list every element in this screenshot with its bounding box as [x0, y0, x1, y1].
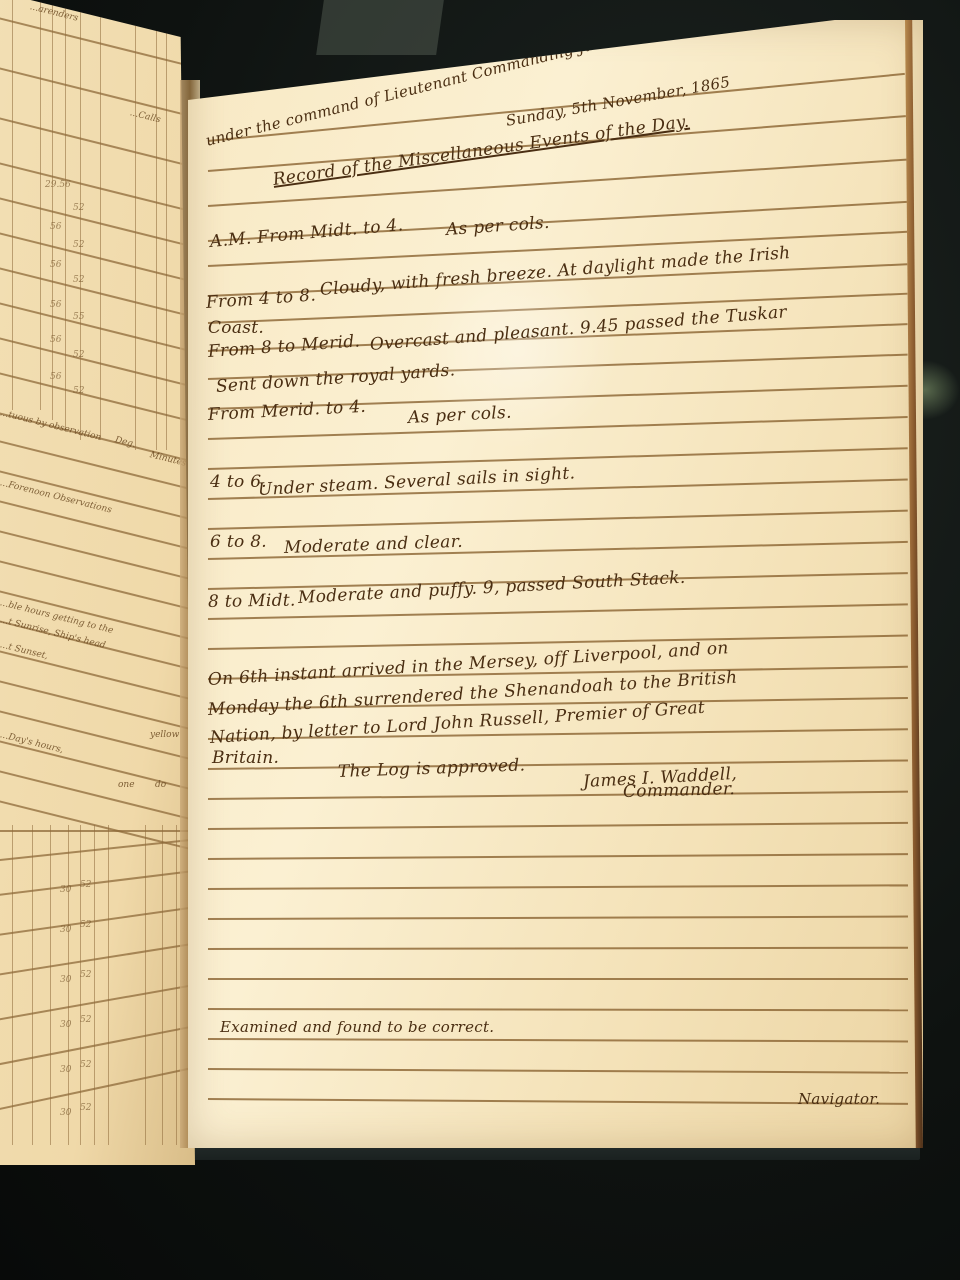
ruled-line: [0, 65, 194, 117]
watch-label: From Merid. to 4.: [207, 397, 366, 425]
left-value: 30: [60, 1020, 71, 1030]
ruled-line: [0, 115, 194, 167]
table-column-line: [80, 825, 81, 1145]
approval-text: The Log is approved.: [338, 755, 526, 782]
left-header-text: ...arenders: [29, 2, 79, 24]
examination-note: Examined and found to be correct.: [220, 1018, 494, 1036]
left-label: do: [155, 780, 166, 790]
background-label: [316, 0, 444, 55]
table-column-line: [12, 825, 13, 1145]
ruled-line: [0, 838, 195, 861]
ruled-line: [0, 906, 195, 937]
left-label: one: [118, 780, 135, 790]
left-value: 55: [73, 312, 84, 322]
left-page: ...arenders ...Calls 29.56 52 56 52 56 5…: [0, 0, 195, 1165]
watch-remarks: Sent down the royal yards.: [215, 360, 456, 397]
left-value: 30: [60, 1108, 71, 1118]
watch-remarks: As per cols.: [407, 403, 512, 428]
left-value: 29.56: [45, 180, 71, 190]
ruled-line: [0, 768, 194, 820]
ruled-line: [0, 438, 194, 490]
table-column-line: [100, 0, 101, 440]
left-value: 52: [73, 203, 84, 213]
ruled-line: [0, 869, 195, 896]
table-column-line: [145, 825, 146, 1145]
watch-label: 6 to 8.: [210, 532, 267, 552]
table-column-line: [80, 0, 81, 440]
watch-remarks: Moderate and puffy. 9, passed South Stac…: [297, 568, 685, 608]
watch-label: From 4 to 8.: [205, 285, 316, 313]
ruled-line: [0, 558, 194, 610]
watch-label: A.M. From Midt. to 4.: [209, 215, 404, 252]
watch-remarks: As per cols.: [445, 213, 550, 240]
ruled-line: [0, 984, 195, 1022]
left-label: yellow: [150, 730, 179, 740]
signature-title: Commander.: [623, 779, 736, 802]
left-value: 52: [80, 920, 91, 930]
table-column-line: [135, 0, 136, 450]
left-value: 30: [60, 885, 71, 895]
ruled-line: [0, 15, 194, 67]
left-value: 52: [80, 1103, 91, 1113]
left-value: 30: [60, 975, 71, 985]
watch-remarks: Cloudy, with fresh breeze. At daylight m…: [319, 243, 791, 300]
watch-remarks: Overcast and pleasant. 9.45 passed the T…: [369, 302, 787, 355]
watch-remarks: Coast.: [208, 318, 264, 338]
ruled-line: [0, 830, 195, 832]
left-value: 30: [60, 1065, 71, 1075]
table-column-line: [166, 0, 167, 450]
ruled-line: [0, 1066, 195, 1111]
left-value: 56: [50, 222, 61, 232]
table-column-line: [12, 0, 13, 410]
watch-label: 8 to Midt.: [208, 590, 296, 612]
table-column-line: [68, 825, 69, 1145]
left-value: 52: [73, 350, 84, 360]
examiner-title: Navigator.: [798, 1090, 880, 1108]
closing-line: Britain.: [212, 748, 279, 768]
section-title: Record of the Miscellaneous Events of th…: [272, 112, 691, 190]
left-value: 52: [80, 880, 91, 890]
left-value: 52: [80, 970, 91, 980]
table-column-line: [32, 825, 33, 1145]
left-value: 56: [50, 260, 61, 270]
watch-remarks: Under steam. Several sails in sight.: [257, 463, 575, 500]
left-value: 52: [80, 1015, 91, 1025]
left-value: 52: [80, 1060, 91, 1070]
left-value: 56: [50, 300, 61, 310]
left-value: 30: [60, 925, 71, 935]
table-column-line: [156, 0, 157, 450]
table-column-line: [108, 825, 109, 1145]
left-value: 52: [73, 275, 84, 285]
left-value: 56: [50, 372, 61, 382]
ruled-line: [0, 528, 194, 580]
left-value: 52: [73, 240, 84, 250]
table-column-line: [94, 825, 95, 1145]
ruled-line: [0, 678, 194, 730]
left-value: 52: [73, 386, 84, 396]
left-value: 56: [50, 335, 61, 345]
ruled-line: [0, 942, 195, 976]
photo-scene: ...arenders ...Calls 29.56 52 56 52 56 5…: [0, 0, 960, 1280]
left-label: ...t Sunset,: [0, 640, 49, 662]
right-page: under the command of Lieutenant Commandi…: [188, 20, 923, 1148]
left-label: Deg.: [114, 435, 137, 450]
ruled-line: [0, 1025, 195, 1067]
watch-remarks: Moderate and clear.: [284, 532, 464, 558]
